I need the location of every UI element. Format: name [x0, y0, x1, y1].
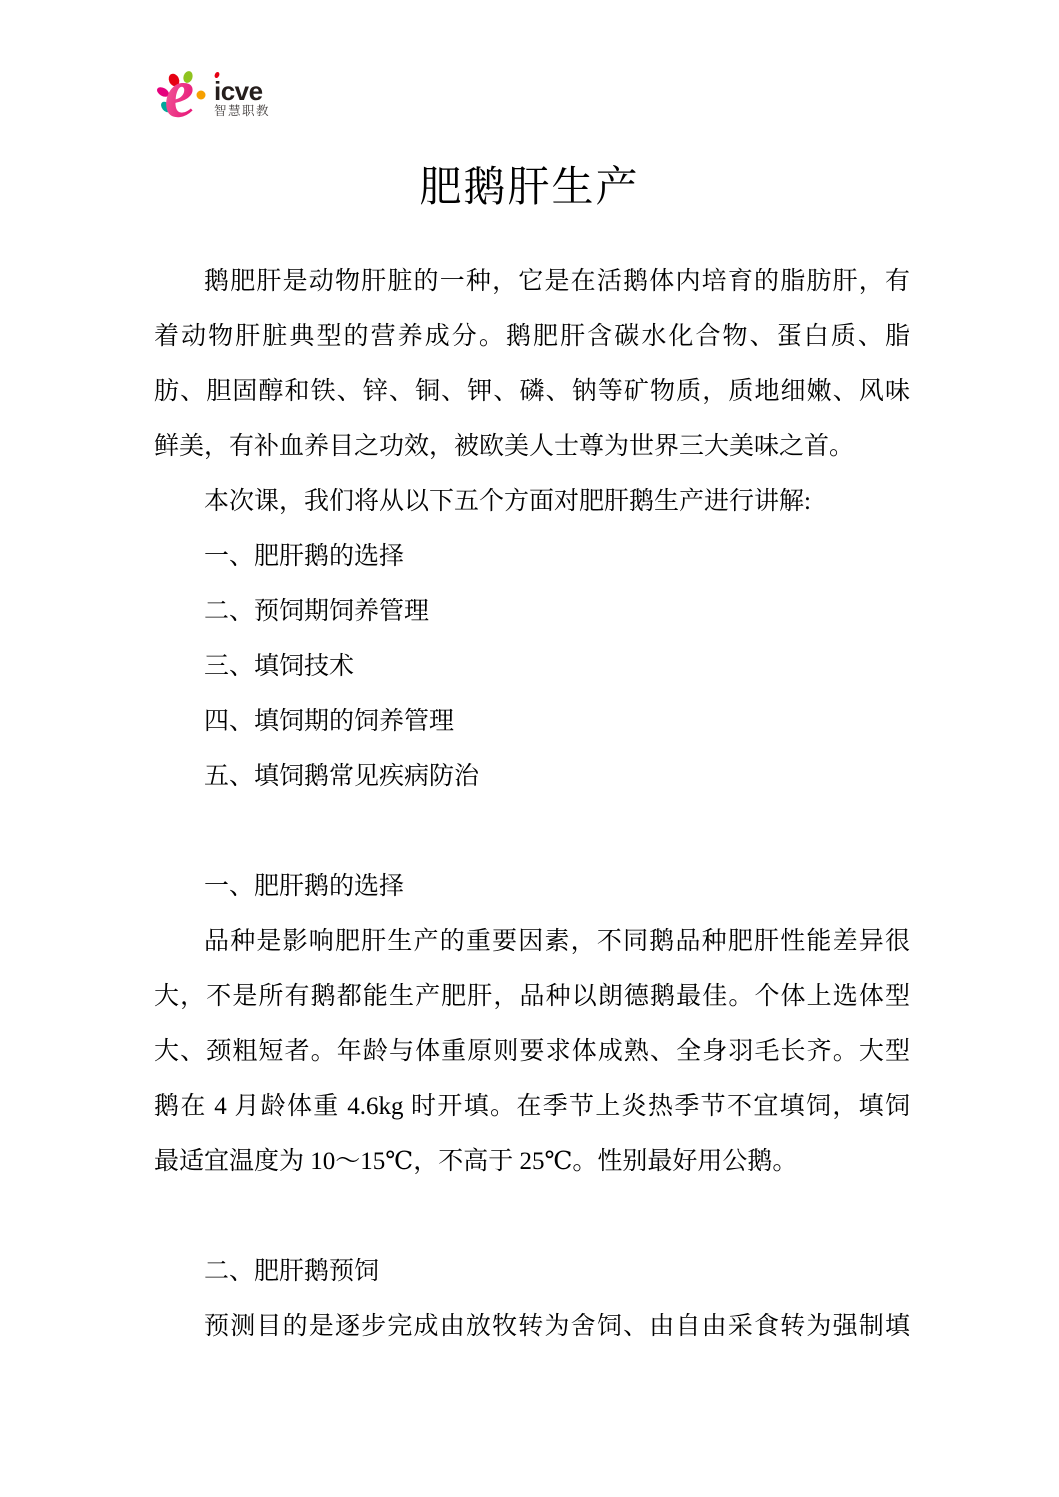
section-1-paragraph-line: 品种是影响肥肝生产的重要因素，不同鹅品种肥肝性能差异很	[154, 914, 910, 969]
logo-e-letter: e	[160, 66, 199, 124]
section-1-paragraph-line: 大，不是所有鹅都能生产肥肝，品种以朗德鹅最佳。个体上选体型	[154, 969, 910, 1024]
logo-dot-orange	[197, 91, 206, 100]
outline-item-4: 四、填饲期的饲养管理	[154, 694, 910, 749]
logo-mark: e	[156, 66, 206, 124]
intro-paragraph-line: 鹅肥肝是动物肝脏的一种，它是在活鹅体内培育的脂肪肝，有	[154, 254, 910, 309]
outline-item-3: 三、填饲技术	[154, 639, 910, 694]
document-page: e icve 智慧职教 肥鹅肝生产 鹅肥肝是动物肝脏的一种，它是在活鹅体内培育的…	[0, 0, 1059, 1497]
outline-item-2: 二、预饲期饲养管理	[154, 584, 910, 639]
logo-brand-text: icve	[214, 76, 263, 106]
icve-logo: e icve 智慧职教	[156, 66, 278, 124]
section-1-paragraph-line: 最适宜温度为 10～15℃，不高于 25℃。性别最好用公鹅。	[154, 1134, 910, 1189]
icve-logo-graphic: e icve 智慧职教	[156, 66, 278, 124]
section-1-paragraph-line: 鹅在 4 月龄体重 4.6kg 时开填。在季节上炎热季节不宜填饲，填饲	[154, 1079, 910, 1134]
intro-paragraph-line: 着动物肝脏典型的营养成分。鹅肥肝含碳水化合物、蛋白质、脂	[154, 309, 910, 364]
document-title: 肥鹅肝生产	[0, 160, 1059, 216]
section-2-heading: 二、肥肝鹅预饲	[154, 1244, 910, 1299]
logo-subtitle-text: 智慧职教	[214, 103, 270, 118]
outline-item-1: 一、肥肝鹅的选择	[154, 529, 910, 584]
document-body: 鹅肥肝是动物肝脏的一种，它是在活鹅体内培育的脂肪肝，有 着动物肝脏典型的营养成分…	[154, 254, 910, 1354]
overview-paragraph-line: 本次课，我们将从以下五个方面对肥肝鹅生产进行讲解:	[154, 474, 910, 529]
outline-item-5: 五、填饲鹅常见疾病防治	[154, 749, 910, 804]
section-1-heading: 一、肥肝鹅的选择	[154, 859, 910, 914]
intro-paragraph-line: 鲜美，有补血养目之功效，被欧美人士尊为世界三大美味之首。	[154, 419, 910, 474]
section-2-paragraph-line: 预测目的是逐步完成由放牧转为舍饲、由自由采食转为强制填	[154, 1299, 910, 1354]
blank-line	[154, 804, 910, 859]
logo-wordmark: icve 智慧职教	[214, 71, 270, 118]
section-1-paragraph-line: 大、颈粗短者。年龄与体重原则要求体成熟、全身羽毛长齐。大型	[154, 1024, 910, 1079]
intro-paragraph-line: 肪、胆固醇和铁、锌、铜、钾、磷、钠等矿物质，质地细嫩、风味	[154, 364, 910, 419]
blank-line	[154, 1189, 910, 1244]
